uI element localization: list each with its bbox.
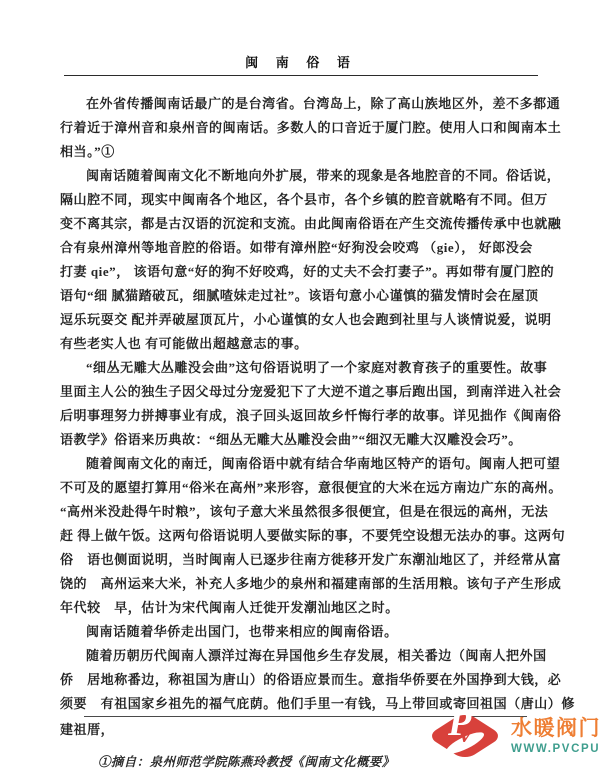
text-line: 俗 语也侧面说明，当时闽南人已逐步往南方徙移开发广东潮汕地区了，并经常从富 — [60, 548, 540, 572]
text-line: 合有泉州漳州等地音腔的俗语。如带有漳州腔“好狗没会咬鸡 （gie）， 好郎没会 — [60, 236, 540, 260]
text-line: 有些老实人也 有可能做出超越意志的事。 — [60, 332, 540, 356]
text-line: 随着历朝历代闽南人漂洋过海在异国他乡生存发展，相关番边（闽南人把外国 — [60, 644, 540, 668]
pv-logo-icon: P v — [427, 711, 503, 763]
document-page: 闽 南 俗 语 在外省传播闽南话最广的是台湾省。台湾岛上，除了高山族地区外，差不… — [0, 0, 600, 769]
watermark: P v 水暖阀门网 WWW.PVCPU.COM — [427, 711, 600, 769]
text-line: 变不离其宗，都是古汉语的沉淀和支流。由此闽南俗语在产生交流传播传承中也就融 — [60, 212, 540, 236]
text-line: 侨 居地称番边，称祖国为唐山）的俗语应景而生。意指华侨要在外国挣到大钱，必 — [60, 668, 540, 692]
text-line: 年代较 早，估计为宋代闽南人迁徙开发潮汕地区之时。 — [60, 596, 540, 620]
text-line: 闽南话随着闽南文化不断地向外扩展，带来的现象是各地腔音的不同。俗话说， — [60, 164, 540, 188]
page-header: 闽 南 俗 语 — [64, 0, 538, 76]
logo-letter-v: v — [460, 723, 471, 747]
text-line: “细丛无雕大丛雕没会曲”这句俗语说明了一个家庭对教育孩子的重要性。故事 — [60, 356, 540, 380]
text-line: 行着近于漳州音和泉州音的闽南话。多数人的口音近于厦门腔。使用人口和闽南本土 — [60, 116, 540, 140]
text-line: 不可及的愿望打算用“俗米在高州”来形容，意很便宜的大米在远方南边广东的高州。 — [60, 476, 540, 500]
watermark-site-url: WWW.PVCPU.COM — [511, 743, 600, 756]
text-line: 逗乐玩耍交 配并弄破屋顶瓦片，小心谨慎的女人也会跑到社里与人谈情说爱，说明 — [60, 308, 540, 332]
document-body: 在外省传播闽南话最广的是台湾省。台湾岛上，除了高山族地区外，差不多都通行着近于漳… — [60, 92, 540, 716]
text-line: 赶 得上做午饭。这两句俗语说明人要做实际的事，不要凭空设想无法办的事。这两句 — [60, 524, 540, 548]
text-line: 相当。”① — [60, 140, 540, 164]
text-line: 随着闽南文化的南迁，闽南俗语中就有结合华南地区特产的语句。闽南人把可望 — [60, 452, 540, 476]
watermark-site-name: 水暖阀门网 — [511, 716, 600, 741]
text-line: 打妻 qie”， 该语句意“好的狗不好咬鸡，好的丈夫不会打妻子”。再如带有厦门腔… — [60, 260, 540, 284]
text-line: 闽南话随着华侨走出国门，也带来相应的闽南俗语。 — [60, 620, 540, 644]
watermark-text: 水暖阀门网 WWW.PVCPU.COM — [511, 716, 600, 756]
text-line: 语句“细 腻猫踏破瓦，细腻喳妹走过社”。该语句意小心谨慎的猫发情时会在屋顶 — [60, 284, 540, 308]
text-line: 隔山腔不同，现实中闽南各个地区，各个县市，各个乡镇的腔音就略有不同。但万 — [60, 188, 540, 212]
text-line: 在外省传播闽南话最广的是台湾省。台湾岛上，除了高山族地区外，差不多都通 — [60, 92, 540, 116]
page-title: 闽 南 俗 语 — [245, 52, 357, 71]
text-line: 饶的 高州运来大米，补充人多地少的泉州和福建南部的生活用粮。该句子产生形成 — [60, 572, 540, 596]
text-line: “高州米没赴得午时粮”，该句子意大米虽然很多很便宜，但是在很远的高州，无法 — [60, 500, 540, 524]
text-line: 语教学》俗语来历典故：“细丛无雕大丛雕没会曲”“细汉无雕大汉雕没会巧”。 — [60, 428, 540, 452]
text-line: 里面主人公的独生子因父母过分宠爱犯下了大逆不道之事后跑出国，到南洋进入社会 — [60, 380, 540, 404]
text-line: 后明事理努力拼搏事业有成，浪子回头返回故乡忏悔行孝的故事。详见拙作《闽南俗 — [60, 404, 540, 428]
